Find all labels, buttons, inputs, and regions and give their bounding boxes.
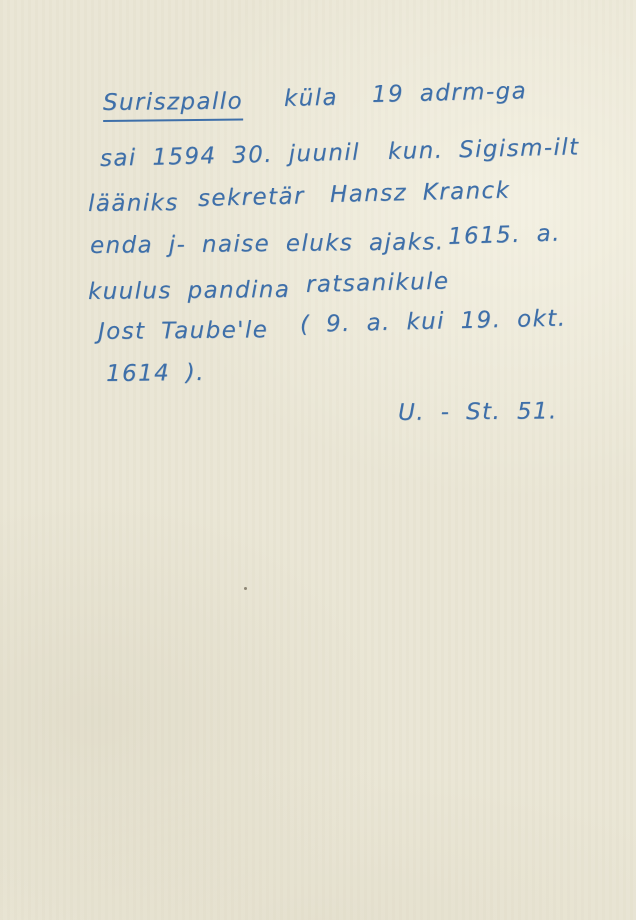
handwritten-text: lääniks [88, 190, 179, 217]
handwritten-text: sai 1594 30. juunil [100, 140, 361, 172]
handwritten-text: kun. Sigism-ilt [388, 134, 580, 165]
handwritten-text: küla [284, 85, 339, 112]
paper-speck [244, 587, 247, 590]
handwritten-text: sekretär [198, 183, 305, 212]
source-reference-text: U. - St. 51. [398, 398, 558, 426]
handwritten-text: ratsanikule [306, 268, 450, 297]
year-text: 1615. a. [448, 220, 562, 250]
person-name-text: Jost Taube'le [98, 317, 269, 345]
handwritten-text: ( 9. a. kui 19. okt. [300, 305, 567, 338]
place-name-text: Suriszpallo [103, 89, 243, 122]
note-paper: Suriszpallo küla 19 adrm-ga sai 1594 30.… [0, 0, 636, 920]
handwritten-text: 19 adrm-ga [372, 78, 528, 108]
year-text: 1614 ). [106, 360, 205, 387]
person-name-text: Hansz Kranck [330, 178, 511, 208]
handwritten-text: kuulus pandina [88, 277, 291, 305]
handwritten-text: enda j- naise eluks ajaks. [90, 229, 445, 259]
